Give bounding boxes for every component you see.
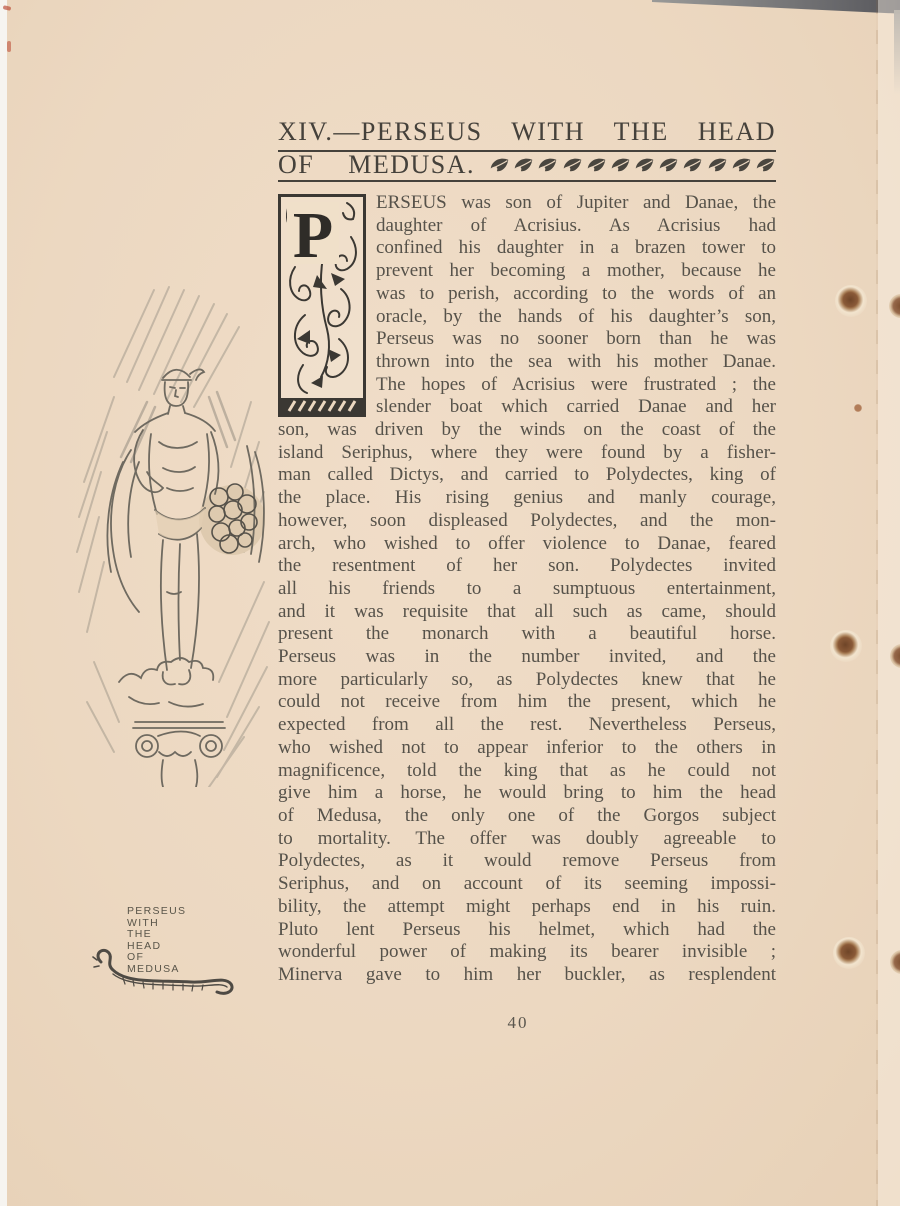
snake-sketch-icon	[89, 944, 254, 1002]
page-number: 40	[458, 1013, 578, 1033]
winged-leaf-fleuron-icon	[755, 157, 776, 173]
body-text-line: and it was requisite that all such as ca…	[278, 601, 776, 624]
scanned-book-page: XIV.—PERSEUS WITH THE HEAD OF MEDUSA.	[0, 0, 900, 1206]
body-text-line: to mortality. The offer was doubly agree…	[278, 828, 776, 851]
paper-fleck	[854, 404, 862, 412]
svg-text:P: P	[293, 199, 333, 272]
body-text-line: expected from all the rest. Nevertheless…	[278, 714, 776, 737]
winged-leaf-fleuron-icon	[731, 157, 752, 173]
body-text: P ERSEUS was son of Jupiter and Danae, t…	[278, 192, 776, 987]
winged-leaf-fleuron-icon	[658, 157, 679, 173]
chapter-title-line2-text: OF MEDUSA.	[278, 153, 475, 177]
drop-cap-initial-P: P	[278, 194, 366, 417]
chapter-title-block: XIV.—PERSEUS WITH THE HEAD OF MEDUSA.	[278, 117, 776, 182]
body-text-line: magnificence, told the king that as he c…	[278, 760, 776, 783]
body-text-line: Polydectes, as it would remove Perseus f…	[278, 850, 776, 873]
body-text-line: the place. His rising genius and manly c…	[278, 487, 776, 510]
winged-leaf-fleuron-icon	[682, 157, 703, 173]
paper-sheet: XIV.—PERSEUS WITH THE HEAD OF MEDUSA.	[7, 0, 900, 1206]
body-text-line: who wished not to appear inferior to the…	[278, 737, 776, 760]
punch-hole	[833, 937, 865, 969]
winged-leaf-fleuron-icon	[610, 157, 631, 173]
body-text-line: island Seriphus, where they were found b…	[278, 442, 776, 465]
body-text-line: more particularly so, as Polydectes knew…	[278, 669, 776, 692]
body-text-line: Seriphus, and on account of its seeming …	[278, 873, 776, 896]
winged-leaf-fleuron-icon	[513, 157, 534, 173]
body-text-line: Minerva gave to him her buckler, as resp…	[278, 964, 776, 987]
scanner-background-strip	[0, 0, 7, 1206]
winged-leaf-fleuron-icon	[562, 157, 583, 173]
body-text-line: Pluto lent Perseus his helmet, which had…	[278, 919, 776, 942]
body-text-line: all his friends to a sumptuous entertain…	[278, 578, 776, 601]
body-text-line: however, soon displeased Polydectes, and…	[278, 510, 776, 533]
scanner-shadow-wedge	[652, 0, 900, 14]
chapter-title-line1: XIV.—PERSEUS WITH THE HEAD	[278, 117, 776, 152]
winged-leaf-fleuron-icon	[634, 157, 655, 173]
body-text-line: present the monarch with a beautiful hor…	[278, 623, 776, 646]
punch-hole	[830, 630, 862, 662]
body-text-line: of Medusa, the only one of the Gorgos su…	[278, 805, 776, 828]
body-text-line: give him a horse, he would bring to him …	[278, 782, 776, 805]
caption-line: PERSEUS	[127, 906, 207, 918]
punch-hole	[835, 285, 867, 317]
winged-leaf-fleuron-icon	[586, 157, 607, 173]
page-edge-strip	[878, 0, 900, 1206]
body-text-line: wonderful power of making its bearer inv…	[278, 941, 776, 964]
perseus-statue-sketch	[59, 282, 274, 787]
drop-cap-ornament: P	[281, 197, 363, 414]
title-ornaments	[475, 157, 776, 173]
winged-leaf-fleuron-icon	[489, 157, 510, 173]
chapter-title-line2: OF MEDUSA.	[278, 153, 776, 182]
body-text-line: son, was driven by the winds on the coas…	[278, 419, 776, 442]
caption-line: THE	[127, 929, 207, 941]
winged-leaf-fleuron-icon	[537, 157, 558, 173]
body-text-line: the resentment of her son. Polydectes in…	[278, 555, 776, 578]
body-text-line: could not receive from him the present, …	[278, 691, 776, 714]
body-text-line: Perseus was in the number invited, and t…	[278, 646, 776, 669]
body-text-line: bility, the attempt might perhaps end in…	[278, 896, 776, 919]
red-pen-mark	[7, 41, 11, 52]
body-text-line: man called Dictys, and carried to Polyde…	[278, 464, 776, 487]
body-text-line: arch, who wished to offer violence to Da…	[278, 533, 776, 556]
winged-leaf-fleuron-icon	[707, 157, 728, 173]
